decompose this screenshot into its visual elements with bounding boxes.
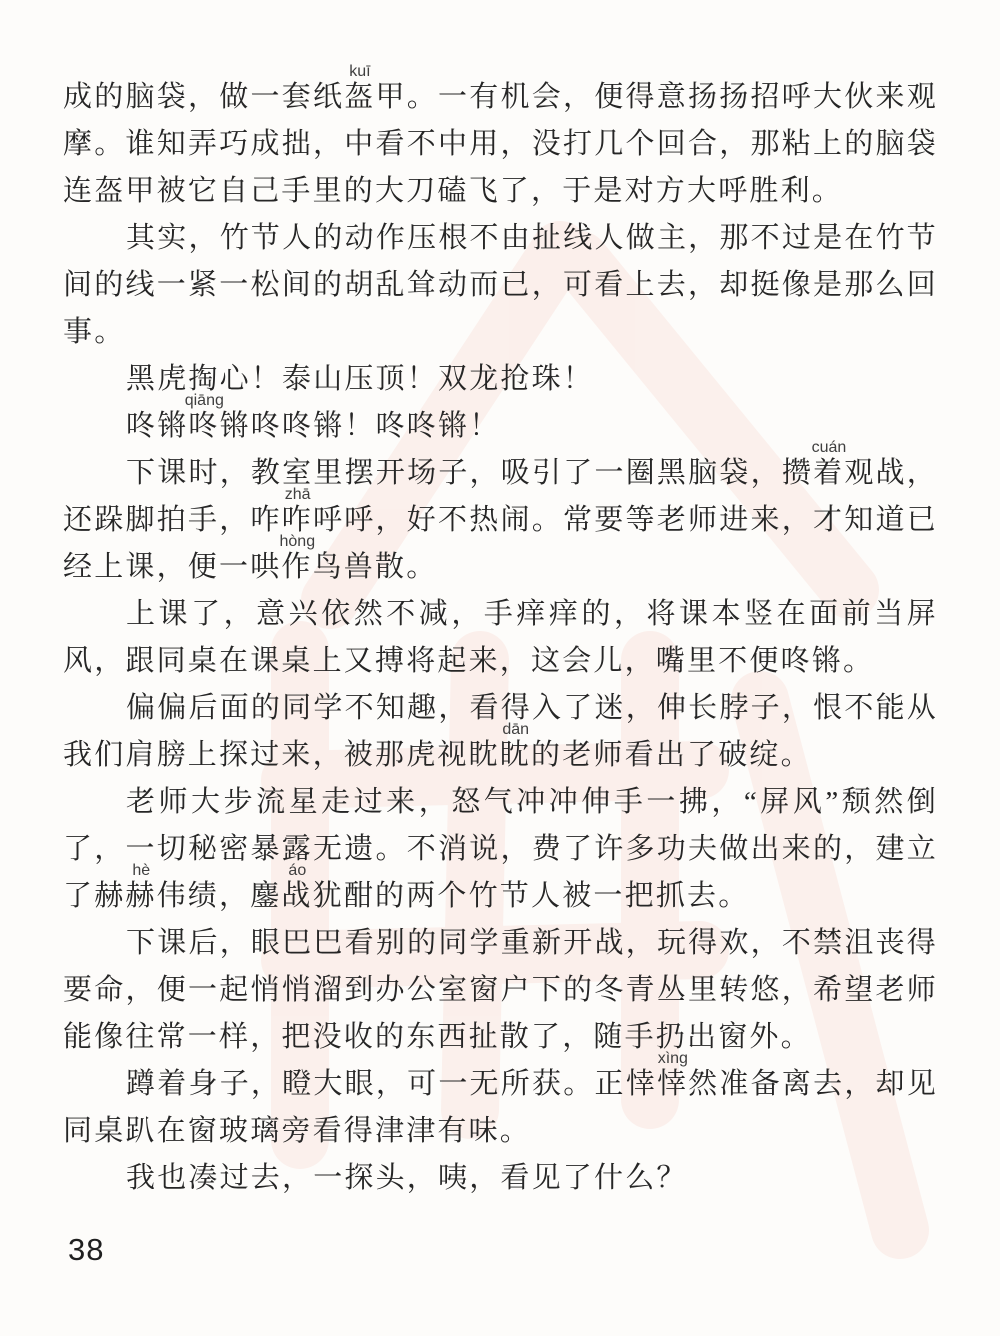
body-text: 咚锵咚咚锵！咚咚锵！ — [188, 410, 500, 442]
paragraph: 其实，竹节人的动作压根不由扯线人做主，那不过是在竹节间的线一紧一松间的胡乱耸动而… — [63, 215, 938, 356]
pinyin-annotated-char: áo鏖 — [250, 880, 281, 912]
annotated-character: 眈 — [469, 739, 500, 771]
pinyin-annotated-char: zhā咋 — [251, 504, 282, 536]
annotated-character: 咋 — [251, 504, 282, 536]
pinyin-label: hòng — [217, 534, 316, 550]
paragraph: 老师大步流星走过来，怒气冲冲伸手一拂，“屏风”颓然倒了，一切秘密暴露无遗。不消说… — [63, 779, 938, 920]
pinyin-annotated-char: kuī盔 — [344, 81, 375, 113]
paragraph: 成的脑袋，做一套纸kuī盔甲。一有机会，便得意扬扬招呼大伙来观摩。谁知弄巧成拙，… — [63, 74, 938, 215]
pinyin-annotated-char: qiāng锵 — [157, 410, 188, 442]
paragraph: 我也凑过去，一探头，咦，看见了什么？ — [63, 1155, 938, 1202]
body-text: 其实，竹节人的动作压根不由扯线人做主，那不过是在竹节间的线一紧一松间的胡乱耸动而… — [63, 222, 938, 348]
body-text: 战犹酣的两个竹节人被一把抓去。 — [281, 880, 749, 912]
pinyin-label: zhā — [222, 487, 311, 503]
pinyin-label: kuī — [349, 64, 370, 80]
paragraph: 下课时，教室里摆开场子，吸引了一圈黑脑袋，cuán攒着观战，还跺脚拍手，zhā咋… — [63, 450, 938, 591]
annotated-character: 攒 — [782, 457, 813, 489]
paragraph: 上课了，意兴依然不减，手痒痒的，将课本竖在面前当屏风，跟同桌在课桌上又搏将起来，… — [63, 591, 938, 685]
pinyin-label: áo — [225, 863, 306, 879]
pinyin-label: xìng — [595, 1051, 688, 1067]
pinyin-label: dān — [439, 722, 529, 738]
pinyin-annotated-char: hè赫 — [94, 880, 125, 912]
textbook-page: 成的脑袋，做一套纸kuī盔甲。一有机会，便得意扬扬招呼大伙来观摩。谁知弄巧成拙，… — [0, 0, 1000, 1336]
pinyin-label: cuán — [749, 440, 847, 456]
body-text: 眈的老师看出了破绽。 — [500, 739, 812, 771]
body-text: 下课时，教室里摆开场子，吸引了一圈黑脑袋， — [126, 457, 782, 489]
pinyin-annotated-char: xìng悻 — [626, 1068, 657, 1100]
annotated-character: 赫 — [94, 880, 125, 912]
body-text: 我也凑过去，一探头，咦，看见了什么？ — [126, 1162, 688, 1194]
annotated-character: 盔 — [344, 81, 375, 113]
paragraph: 偏偏后面的同学不知趣，看得入了迷，伸长脖子，恨不能从我们肩膀上探过来，被那虎视d… — [63, 685, 938, 779]
body-text: 咚 — [126, 410, 157, 442]
paragraph: 蹲着身子，瞪大眼，可一无所获。正xìng悻悻然准备离去，却见同桌趴在窗玻璃旁看得… — [63, 1061, 938, 1155]
page-number: 38 — [68, 1232, 104, 1268]
paragraph: 下课后，眼巴巴看别的同学重新开战，玩得欢，不禁沮丧得要命，便一起悄悄溜到办公室窗… — [63, 920, 938, 1061]
body-text: 作鸟兽散。 — [281, 551, 437, 583]
body-text: 蹲着身子，瞪大眼，可一无所获。正 — [126, 1068, 626, 1100]
text-body: 成的脑袋，做一套纸kuī盔甲。一有机会，便得意扬扬招呼大伙来观摩。谁知弄巧成拙，… — [63, 74, 938, 1202]
annotated-character: 鏖 — [250, 880, 281, 912]
body-text: 下课后，眼巴巴看别的同学重新开战，玩得欢，不禁沮丧得要命，便一起悄悄溜到办公室窗… — [63, 927, 938, 1053]
body-text: 上课了，意兴依然不减，手痒痒的，将课本竖在面前当屏风，跟同桌在课桌上又搏将起来，… — [63, 598, 938, 677]
body-text: 黑虎掏心！泰山压顶！双龙抢珠！ — [126, 363, 594, 395]
pinyin-label: qiāng — [122, 393, 224, 409]
annotated-character: 锵 — [157, 410, 188, 442]
body-text: 赫伟绩， — [125, 880, 250, 912]
pinyin-annotated-char: dān眈 — [469, 739, 500, 771]
body-text: 成的脑袋，做一套纸 — [63, 81, 344, 113]
pinyin-annotated-char: hòng哄 — [250, 551, 281, 583]
annotated-character: 哄 — [250, 551, 281, 583]
pinyin-annotated-char: cuán攒 — [782, 457, 813, 489]
pinyin-label: hè — [69, 863, 150, 879]
annotated-character: 悻 — [626, 1068, 657, 1100]
